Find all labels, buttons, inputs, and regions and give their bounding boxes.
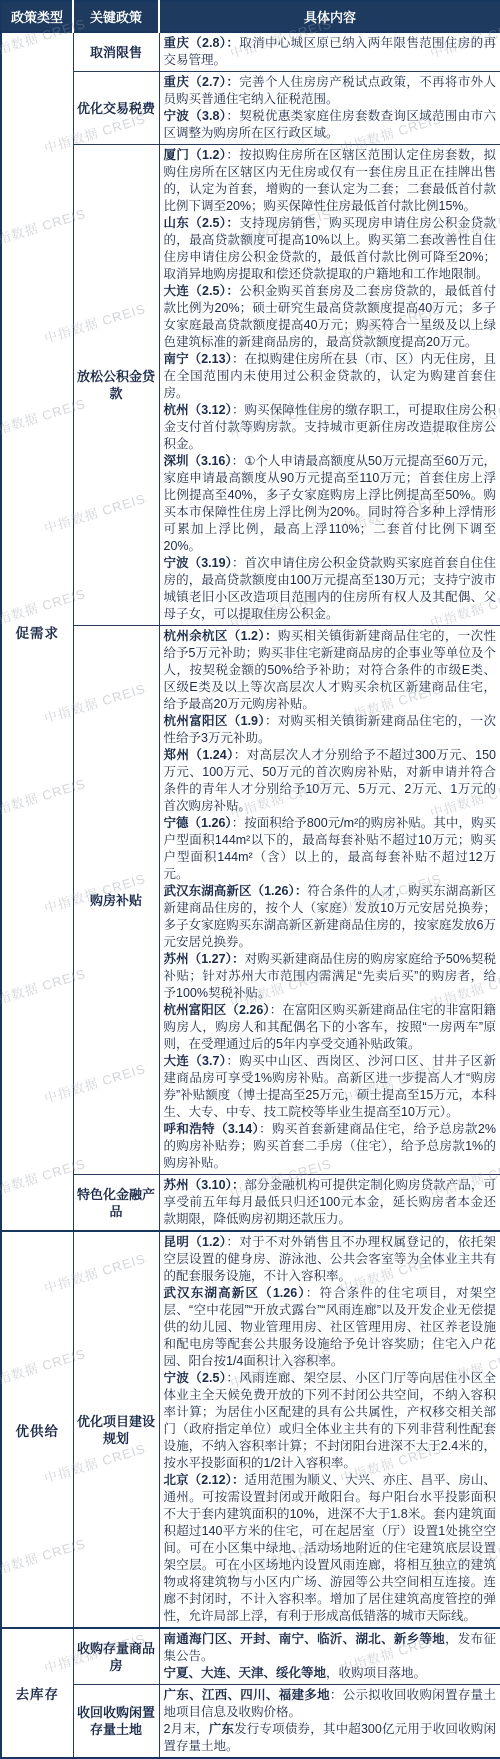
item-text: ：①个人申请最高额度从50万元提高至60万元，家庭申请最高额度从90万元提高至1… (164, 454, 497, 553)
item-city-date: 北京（2.12）： (164, 1473, 245, 1487)
key-policy-cell: 收回收购闲置存量土地 (73, 1685, 159, 1759)
item-city-date: 宁波（3.8） (164, 109, 227, 123)
table-row: 特色化金融产品苏州（3.10）：部分金融机构可提供定制化购房贷款产品，可享受前五… (1, 1175, 500, 1232)
policy-item: 杭州富阳区（1.9）：对购买相关镇街新建商品住宅的，一次性给予3万元补助。 (164, 713, 497, 747)
policy-item: 宁德（1.26）：按面积给予800元/m²的购房补贴。其中，购买户型面积144m… (164, 815, 497, 883)
detail-cell: 重庆（2.7）：完善个人住房房产税试点政策，不再将市外人员购买普通住宅纳入征税范… (159, 72, 500, 145)
item-city-date: 重庆（2.8）： (164, 36, 240, 50)
header-detail: 具体内容 (159, 1, 500, 32)
policy-item: 苏州（3.10）：部分金融机构可提供定制化购房贷款产品，可享受前五年每月最低只归… (164, 1177, 497, 1228)
key-policy-cell: 收购存量商品房 (73, 1628, 159, 1685)
item-city-date: 广东、江西、四川、福建多地 (164, 1688, 330, 1702)
policy-item: 苏州（1.27）：对购买新建商品住房的购房家庭给予50%契税补贴；针对苏州大市范… (164, 951, 497, 1002)
item-city-date: 昆明（1.2） (164, 1235, 227, 1249)
policy-table: 政策类型 关键政策 具体内容 促需求取消限售重庆（2.8）：取消中心城区原已纳入… (0, 0, 500, 1759)
item-city-date: 厦门（1.2） (164, 148, 227, 162)
policy-item: 武汉东湖高新区（1.26）：符合条件的住宅项目，对架空层、“空中花园”“开放式露… (164, 1285, 497, 1370)
table-row: 优供给优化项目建设规划昆明（1.2）：对于不对外销售且不办理权属登记的，依托架空… (1, 1231, 500, 1628)
item-city-date: 杭州富阳区（2.26） (164, 1003, 270, 1017)
table-row: 促需求取消限售重庆（2.8）：取消中心城区原已纳入两年限售范围住房的再交易管理。 (1, 32, 500, 72)
key-policy-cell: 优化项目建设规划 (73, 1231, 159, 1628)
item-city-date: 宁波（2.5） (164, 1371, 227, 1385)
item-city-date: 大连（3.7） (164, 1054, 227, 1068)
header-policy-type: 政策类型 (1, 1, 73, 32)
item-city-date: 杭州（3.12） (164, 403, 232, 417)
key-policy-cell: 取消限售 (73, 32, 159, 72)
policy-item: 大连（2.5）：公积金购买首套房及二套房贷款的，最低首付款比例为20%；硕士研究… (164, 283, 497, 351)
policy-item: 呼和浩特（3.14）：购买首套新建商品住宅，给予总房款2%的购房补贴券；购买首套… (164, 1121, 497, 1172)
item-city-date: 大连（2.5）： (164, 284, 240, 298)
item-city-date: 武汉东湖高新区（1.26） (164, 1286, 306, 1300)
item-city-date: 苏州（1.27）： (164, 952, 245, 966)
table-row: 购房补贴杭州余杭区（1.2）：购买相关镇街新建商品住宅的，一次性给予5万元补助；… (1, 626, 500, 1175)
detail-cell: 广东、江西、四川、福建多地：公示拟收回收购闲置存量土地项目信息及收购价格。2月末… (159, 1685, 500, 1759)
detail-cell: 南通海门区、开封、南宁、临沂、湖北、新乡等地，发布征集公告。宁夏、大连、天津、绥… (159, 1628, 500, 1685)
item-city-date: 杭州余杭区（1.2）： (164, 629, 278, 643)
policy-type-cell: 促需求 (1, 32, 73, 1231)
policy-item: 深圳（3.16）：①个人申请最高额度从50万元提高至60万元，家庭申请最高额度从… (164, 453, 497, 555)
policy-item: 2月末，广东发行专项债券，其中超300亿元用于收回收购闲置存量土地。 (164, 1721, 497, 1755)
table-header-row: 政策类型 关键政策 具体内容 (1, 1, 500, 32)
policy-item: 南通海门区、开封、南宁、临沂、湖北、新乡等地，发布征集公告。 (164, 1631, 497, 1665)
item-city-date: 宁波（3.19） (164, 556, 232, 570)
table-row: 收回收购闲置存量土地广东、江西、四川、福建多地：公示拟收回收购闲置存量土地项目信… (1, 1685, 500, 1759)
policy-type-cell: 去库存 (1, 1628, 73, 1758)
item-text: 2月末， (164, 1722, 209, 1736)
item-city-date: 苏州（3.10）： (164, 1178, 245, 1192)
table-row: 去库存收购存量商品房南通海门区、开封、南宁、临沂、湖北、新乡等地，发布征集公告。… (1, 1628, 500, 1685)
item-text: ，收购项目落地。 (326, 1666, 426, 1680)
item-city-date: 山东（2.5）： (164, 216, 240, 230)
detail-cell: 重庆（2.8）：取消中心城区原已纳入两年限售范围住房的再交易管理。 (159, 32, 500, 72)
item-city-date: 杭州富阳区（1.9） (164, 714, 265, 728)
table-row: 放松公积金贷款厦门（1.2）：按拟购住房所在区辖区范围认定住房套数，拟购住房所在… (1, 145, 500, 626)
item-city-date: 郑州（1.24） (164, 748, 234, 762)
policy-item: 杭州余杭区（1.2）：购买相关镇街新建商品住宅的，一次性给予5万元补助；购买非住… (164, 628, 497, 713)
policy-type-cell: 优供给 (1, 1231, 73, 1628)
item-city-date: 武汉东湖高新区（1.26）： (164, 884, 308, 898)
key-policy-cell: 优化交易税费 (73, 72, 159, 145)
policy-item: 宁夏、大连、天津、绥化等地，收购项目落地。 (164, 1665, 497, 1682)
table-row: 优化交易税费重庆（2.7）：完善个人住房房产税试点政策，不再将市外人员购买普通住… (1, 72, 500, 145)
header-key-policy: 关键政策 (73, 1, 159, 32)
policy-item: 厦门（1.2）：按拟购住房所在区辖区范围认定住房套数，拟购住房所在区辖区内无住房… (164, 147, 497, 215)
policy-item: 宁波（2.5）：风雨连廊、架空层、小区门厅等向居住小区全体业主全天候免费开放的下… (164, 1370, 497, 1472)
policy-item: 广东、江西、四川、福建多地：公示拟收回收购闲置存量土地项目信息及收购价格。 (164, 1687, 497, 1721)
item-city-date: 呼和浩特（3.14） (164, 1122, 260, 1136)
policy-item: 宁波（3.19）：首次申请住房公积金贷款购买家庭首套自住住房的，最高贷款额度由1… (164, 555, 497, 623)
detail-cell: 厦门（1.2）：按拟购住房所在区辖区范围认定住房套数，拟购住房所在区辖区内无住房… (159, 145, 500, 626)
detail-cell: 杭州余杭区（1.2）：购买相关镇街新建商品住宅的，一次性给予5万元补助；购买非住… (159, 626, 500, 1175)
item-city-date: 南通海门区、开封、南宁、临沂、湖北、新乡等地 (164, 1632, 446, 1646)
key-policy-cell: 放松公积金贷款 (73, 145, 159, 626)
item-city-date: 南宁（2.13） (164, 352, 232, 366)
item-text: 适用范围为顺义、大兴、亦庄、昌平、房山、通州。可按需设置封闭或开敞阳台。每户阳台… (164, 1473, 497, 1623)
policy-item: 北京（2.12）：适用范围为顺义、大兴、亦庄、昌平、房山、通州。可按需设置封闭或… (164, 1472, 497, 1625)
policy-item: 重庆（2.7）：完善个人住房房产税试点政策，不再将市外人员购买普通住宅纳入征税范… (164, 74, 497, 108)
policy-item: 大连（3.7）：购买中山区、西岗区、沙河口区、甘井子区新建商品房可享受1%购房补… (164, 1053, 497, 1121)
policy-item: 山东（2.5）：支持现房销售，购买现房申请住房公积金贷款的，最高贷款额度可提高1… (164, 215, 497, 283)
item-city-date: 重庆（2.7）： (164, 75, 240, 89)
policy-item: 南宁（2.13）：在拟购建住房所在县（市、区）内无住房，且在全国范围内未使用过公… (164, 351, 497, 402)
key-policy-cell: 购房补贴 (73, 626, 159, 1175)
policy-item: 杭州（3.12）：购买保障性住房的缴存职工，可提取住房公积金支付首付款等购房款。… (164, 402, 497, 453)
key-policy-cell: 特色化金融产品 (73, 1175, 159, 1232)
item-text: ：风雨连廊、架空层、小区门厅等向居住小区全体业主全天候免费开放的下列不封闭公共空… (164, 1371, 497, 1470)
policy-item: 重庆（2.8）：取消中心城区原已纳入两年限售范围住房的再交易管理。 (164, 35, 497, 69)
detail-cell: 苏州（3.10）：部分金融机构可提供定制化购房贷款产品，可享受前五年每月最低只归… (159, 1175, 500, 1232)
item-city-date: 深圳（3.16） (164, 454, 232, 468)
item-city-date: 宁德（1.26） (164, 816, 232, 830)
policy-item: 宁波（3.8）：契税优惠类家庭住房套数查询区域范围由市六区调整为购房所在区行政区… (164, 108, 497, 142)
detail-cell: 昆明（1.2）：对于不对外销售且不办理权属登记的，依托架空层设置的健身房、游泳池… (159, 1231, 500, 1628)
policy-item: 杭州富阳区（2.26）：在富阳区购买新建商品住宅的非富阳籍购房人，购房人和其配偶… (164, 1002, 497, 1053)
policy-table-page: 政策类型 关键政策 具体内容 促需求取消限售重庆（2.8）：取消中心城区原已纳入… (0, 0, 500, 1759)
item-city-date: 宁夏、大连、天津、绥化等地 (164, 1666, 327, 1680)
policy-item: 郑州（1.24）：对高层次人才分别给予不超过300万元、150万元、100万元、… (164, 747, 497, 815)
policy-item: 武汉东湖高新区（1.26）：符合条件的人才，购买东湖高新区新建商品住房的，按个人… (164, 883, 497, 951)
policy-item: 昆明（1.2）：对于不对外销售且不办理权属登记的，依托架空层设置的健身房、游泳池… (164, 1234, 497, 1285)
item-city-date: 广东 (209, 1722, 234, 1736)
